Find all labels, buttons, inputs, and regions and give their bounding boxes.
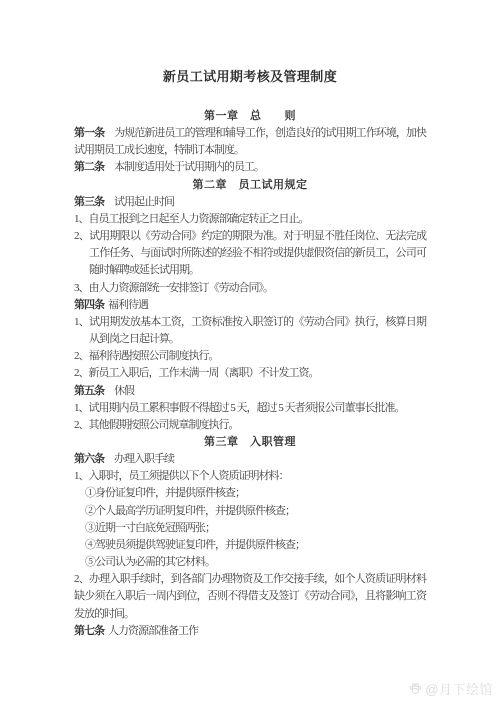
paragraph-text: 人力资源部准备工作 [108,625,198,637]
paragraph-text: 1、试用期内员工累积事假不得超过 5 天，超过 5 天者须报公司董事长批准。 [74,402,405,414]
article-label: 第三条 [74,196,104,208]
list-item: 1、入职时，员工须提供以下个人资质证明材料： [74,468,426,485]
list-item: 2、新员工入职后，工作未满一周（离职）不计发工资。 [74,365,426,382]
article-paragraph: 第六条办理入职手续 [74,451,426,468]
paragraph-text: ①身份证复印件，并提供原件核查； [85,487,245,499]
paragraph-text: ⑤公司认为必需的其它材料。 [85,556,215,568]
paragraph-text: 为规范新进员工的管理和辅导工作，创造良好的试用期工作环境，加快试用期员工成长速度… [74,127,426,156]
paragraph-text: ④驾驶员须提供驾驶证复印件，并提供原件核查； [85,539,305,551]
paragraph-text: 试用起止时间 [114,196,174,208]
article-paragraph: 第四条福利待遇 [74,297,426,314]
paragraph-text: 福利待遇 [108,299,148,311]
article-paragraph: 第一条为规范新进员工的管理和辅导工作，创造良好的试用期工作环境，加快试用期员工成… [74,125,426,159]
list-item: 2、其他假期按照公司规章制度执行。 [74,417,426,434]
article-paragraph: 第三条试用起止时间 [74,194,426,211]
paw-icon [408,681,423,696]
article-paragraph: 第七条人力资源部准备工作 [74,623,426,640]
paragraph-text: 1、自员工报到之日起至人力资源部确定转正之日止。 [74,213,309,225]
chapter-title-text: 第二章 员工试用规定 [193,179,308,191]
paragraph-text: 2、办理入职手续时，到各部门办理物资及工作交接手续，如个人资质证明材料缺少须在入… [74,573,426,619]
list-item: 2、办理入职手续时，到各部门办理物资及工作交接手续，如个人资质证明材料缺少须在入… [74,571,426,622]
article-label: 第五条 [74,385,104,397]
article-paragraph: 第二条本制度适用处于试用期内的员工。 [74,159,426,176]
article-label: 第七条 [74,625,104,637]
list-item: 2、试用期限以《劳动合同》约定的期限为准。对于明显不胜任岗位、无法完成工作任务、… [74,228,426,279]
paragraph-text: 休假 [114,385,134,397]
sub-list-item: ⑤公司认为必需的其它材料。 [74,554,426,571]
chapter-title-text: 第三章 入职管理 [204,436,296,448]
watermark: @月下绘馆 [408,679,493,698]
paragraph-text: 2、新员工入职后，工作未满一周（离职）不计发工资。 [74,367,319,379]
paragraph-text: 办理入职手续 [114,453,174,465]
chapter-heading: 第一章 总 则 [74,108,426,125]
paragraph-text: 2、试用期限以《劳动合同》约定的期限为准。对于明显不胜任岗位、无法完成工作任务、… [74,230,426,276]
article-label: 第六条 [74,453,104,465]
paragraph-text: ②个人最高学历证明复印件，并提供原件核查； [85,505,295,517]
paragraph-text: 2、其他假期按照公司规章制度执行。 [74,419,239,431]
chapter-title-text: 第一章 总 则 [204,110,296,122]
document-title: 新员工试用期考核及管理制度 [74,67,426,87]
list-item: 1、自员工报到之日起至人力资源部确定转正之日止。 [74,211,426,228]
list-item: 3、由人力资源部统一安排签订《劳动合同》。 [74,280,426,297]
chapter-heading: 第二章 员工试用规定 [74,177,426,194]
document-page: 新员工试用期考核及管理制度 第一章 总 则第一条为规范新进员工的管理和辅导工作，… [0,0,500,640]
paragraph-text: 2、福利待遇按照公司制度执行。 [74,350,219,362]
list-item: 1、试用期发放基本工资，工资标准按入职签订的《劳动合同》执行，核算日期从到岗之日… [74,314,426,348]
list-item: 1、试用期内员工累积事假不得超过 5 天，超过 5 天者须报公司董事长批准。 [74,400,426,417]
article-label: 第二条 [74,161,104,173]
sub-list-item: ①身份证复印件，并提供原件核查； [74,485,426,502]
paragraph-text: ③近期一寸白底免冠照两张； [85,522,215,534]
paragraph-text: 本制度适用处于试用期内的员工。 [114,161,264,173]
article-label: 第一条 [74,127,104,139]
sub-list-item: ②个人最高学历证明复印件，并提供原件核查； [74,503,426,520]
paragraph-text: 1、试用期发放基本工资，工资标准按入职签订的《劳动合同》执行，核算日期从到岗之日… [74,316,426,345]
chapter-heading: 第三章 入职管理 [74,434,426,451]
list-item: 2、福利待遇按照公司制度执行。 [74,348,426,365]
sub-list-item: ④驾驶员须提供驾驶证复印件，并提供原件核查； [74,537,426,554]
document-body: 第一章 总 则第一条为规范新进员工的管理和辅导工作，创造良好的试用期工作环境，加… [74,108,426,640]
paragraph-text: 1、入职时，员工须提供以下个人资质证明材料： [74,470,289,482]
article-paragraph: 第五条休假 [74,383,426,400]
article-label: 第四条 [74,299,104,311]
paragraph-text: 3、由人力资源部统一安排签订《劳动合同》。 [74,282,273,294]
watermark-text: @月下绘馆 [425,679,493,698]
sub-list-item: ③近期一寸白底免冠照两张； [74,520,426,537]
